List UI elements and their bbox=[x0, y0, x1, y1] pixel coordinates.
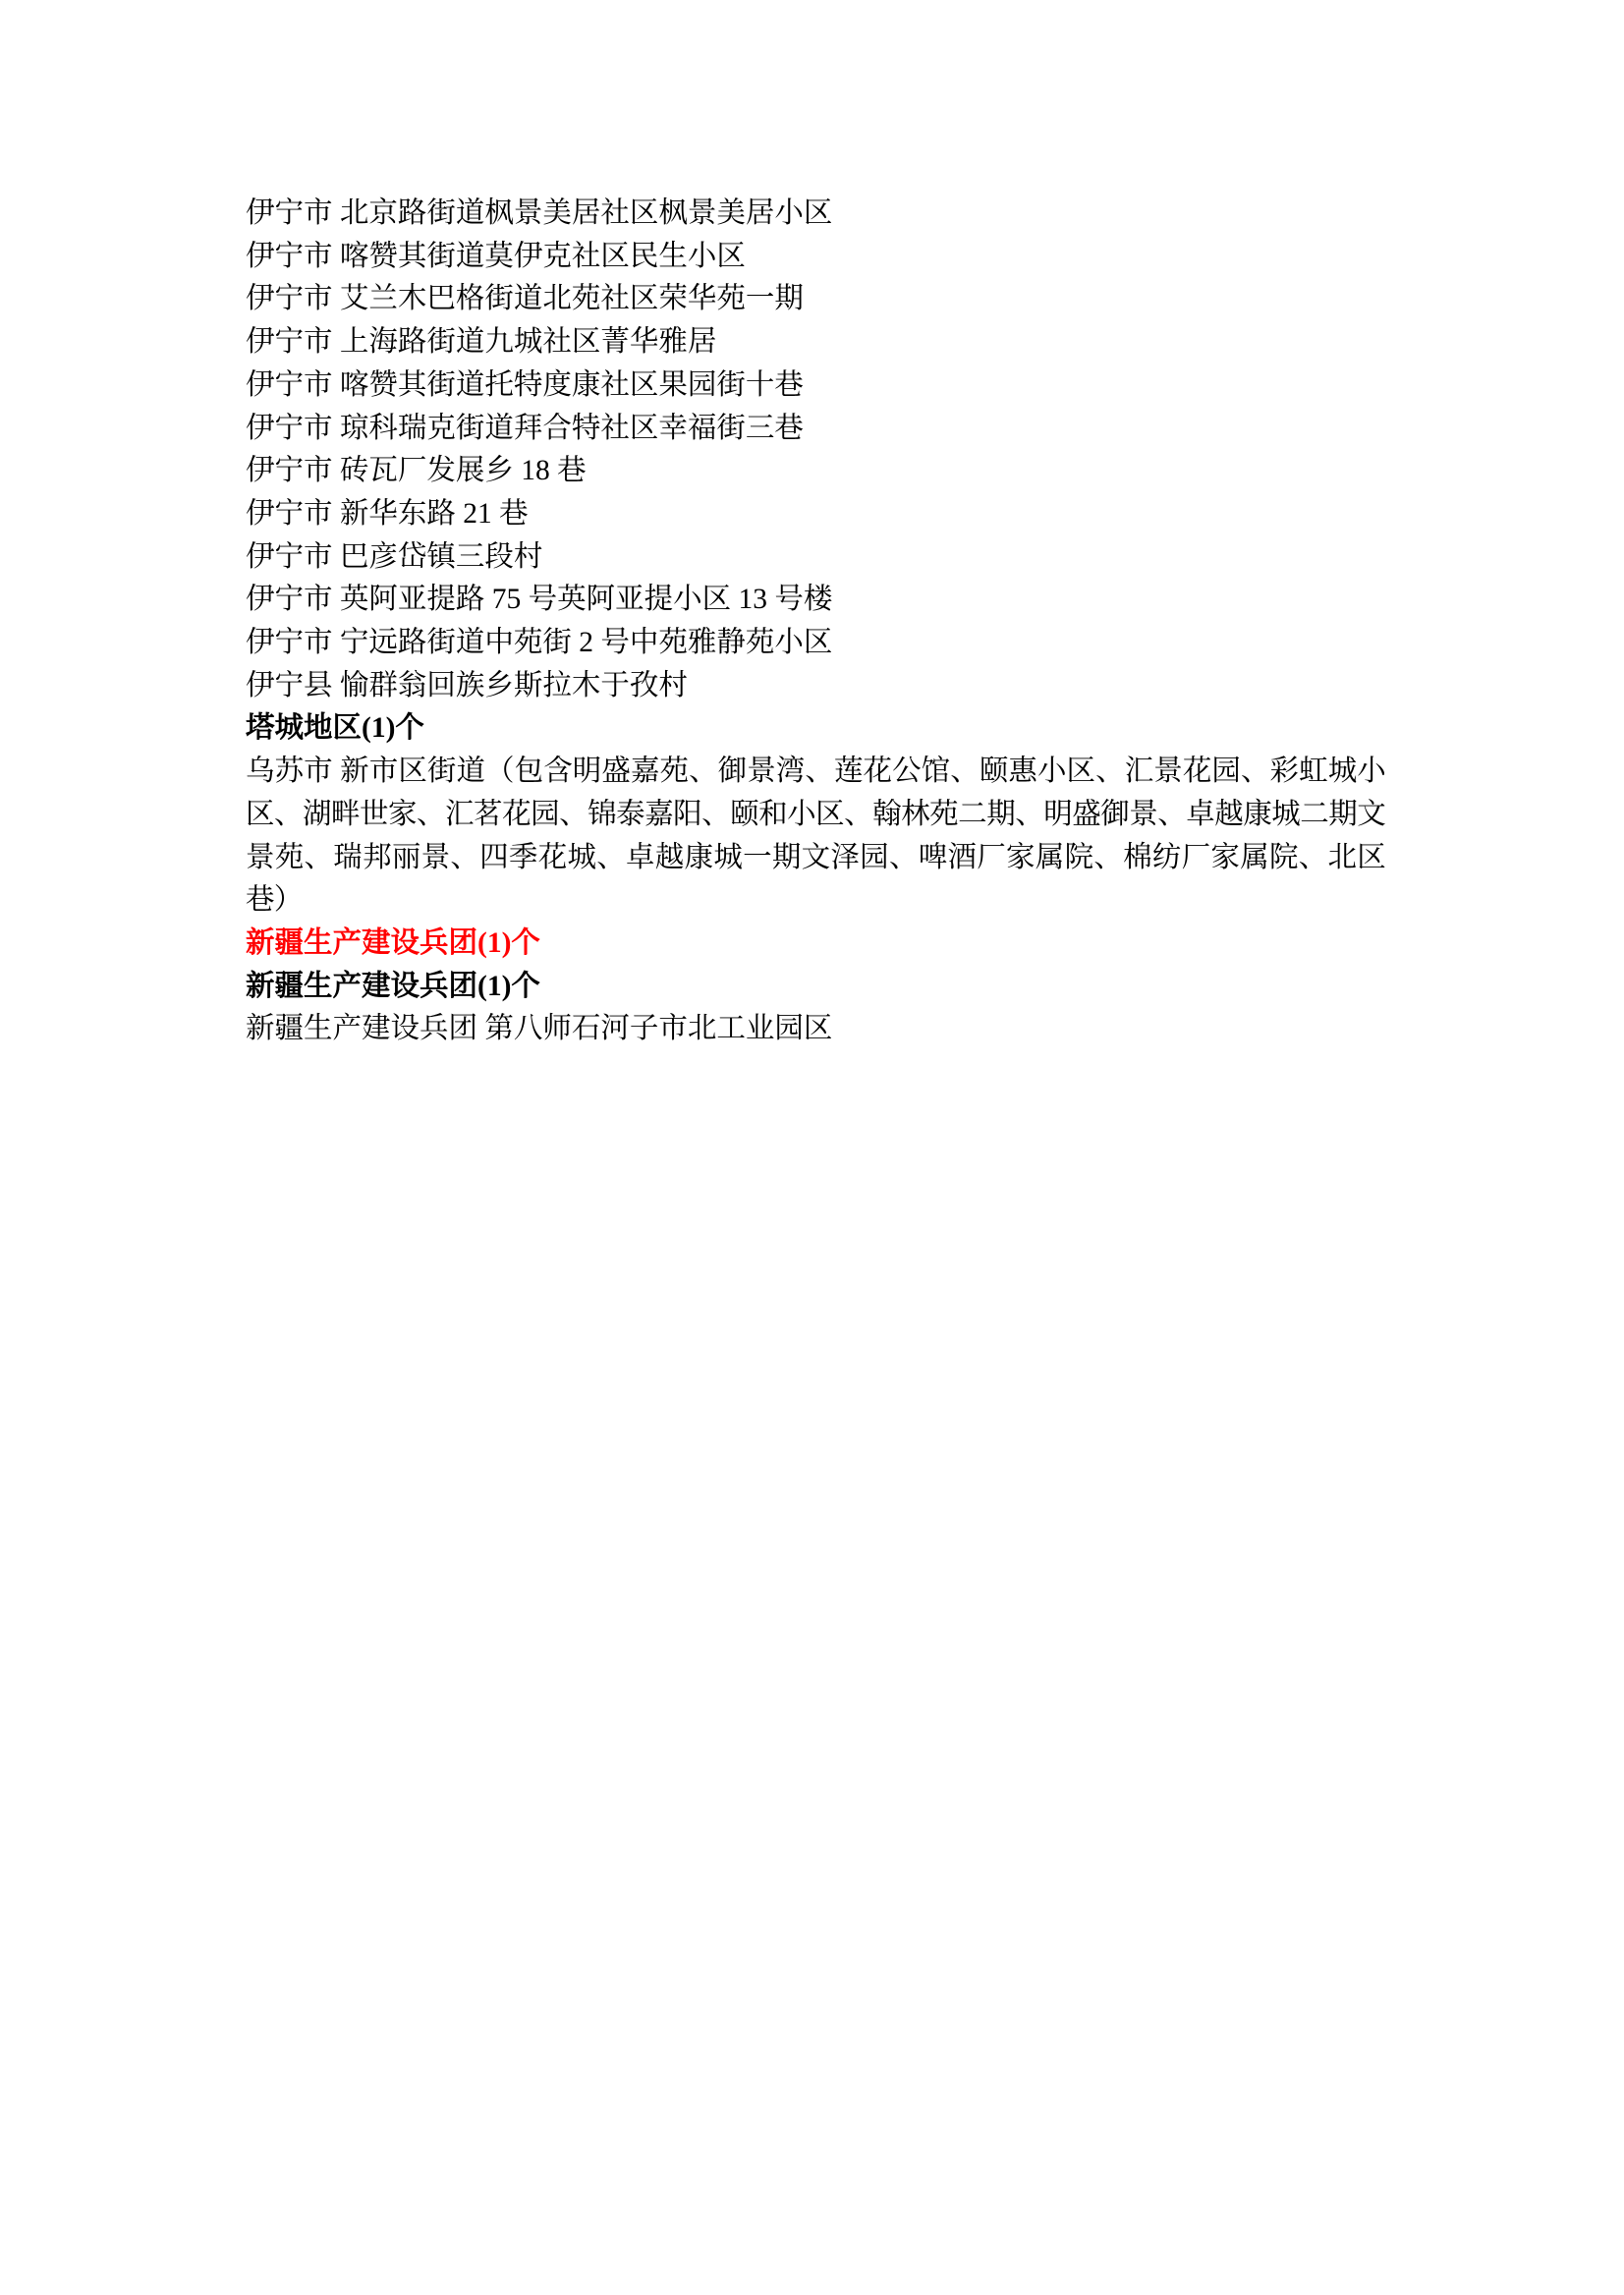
address-line: 伊宁市 喀赞其街道托特度康社区果园街十巷 bbox=[246, 364, 1385, 408]
district-paragraph: 乌苏市 新市区街道（包含明盛嘉苑、御景湾、莲花公馆、颐惠小区、汇景花园、彩虹城小… bbox=[246, 751, 1385, 923]
address-line: 伊宁市 宁远路街道中苑街 2 号中苑雅静苑小区 bbox=[246, 622, 1385, 665]
corps-heading-red: 新疆生产建设兵团(1)个 bbox=[246, 923, 1385, 966]
address-line: 伊宁市 北京路街道枫景美居社区枫景美居小区 bbox=[246, 193, 1385, 236]
address-line: 伊宁市 琼科瑞克街道拜合特社区幸福街三巷 bbox=[246, 408, 1385, 451]
text-block: 伊宁市 北京路街道枫景美居社区枫景美居小区伊宁市 喀赞其街道莫伊克社区民生小区伊… bbox=[246, 193, 1385, 1051]
address-line: 伊宁市 砖瓦厂发展乡 18 巷 bbox=[246, 450, 1385, 493]
document-page: 伊宁市 北京路街道枫景美居社区枫景美居小区伊宁市 喀赞其街道莫伊克社区民生小区伊… bbox=[0, 0, 1624, 2295]
address-line: 伊宁市 英阿亚提路 75 号英阿亚提小区 13 号楼 bbox=[246, 579, 1385, 622]
address-line: 伊宁市 新华东路 21 巷 bbox=[246, 493, 1385, 536]
region-heading: 新疆生产建设兵团(1)个 bbox=[246, 966, 1385, 1009]
address-line: 伊宁市 艾兰木巴格街道北苑社区荣华苑一期 bbox=[246, 278, 1385, 321]
address-line: 伊宁县 愉群翁回族乡斯拉木于孜村 bbox=[246, 665, 1385, 708]
region-heading: 塔城地区(1)个 bbox=[246, 707, 1385, 751]
address-line: 新疆生产建设兵团 第八师石河子市北工业园区 bbox=[246, 1008, 1385, 1051]
address-line: 伊宁市 上海路街道九城社区菁华雅居 bbox=[246, 321, 1385, 364]
address-line: 伊宁市 喀赞其街道莫伊克社区民生小区 bbox=[246, 236, 1385, 279]
address-line: 伊宁市 巴彦岱镇三段村 bbox=[246, 536, 1385, 580]
